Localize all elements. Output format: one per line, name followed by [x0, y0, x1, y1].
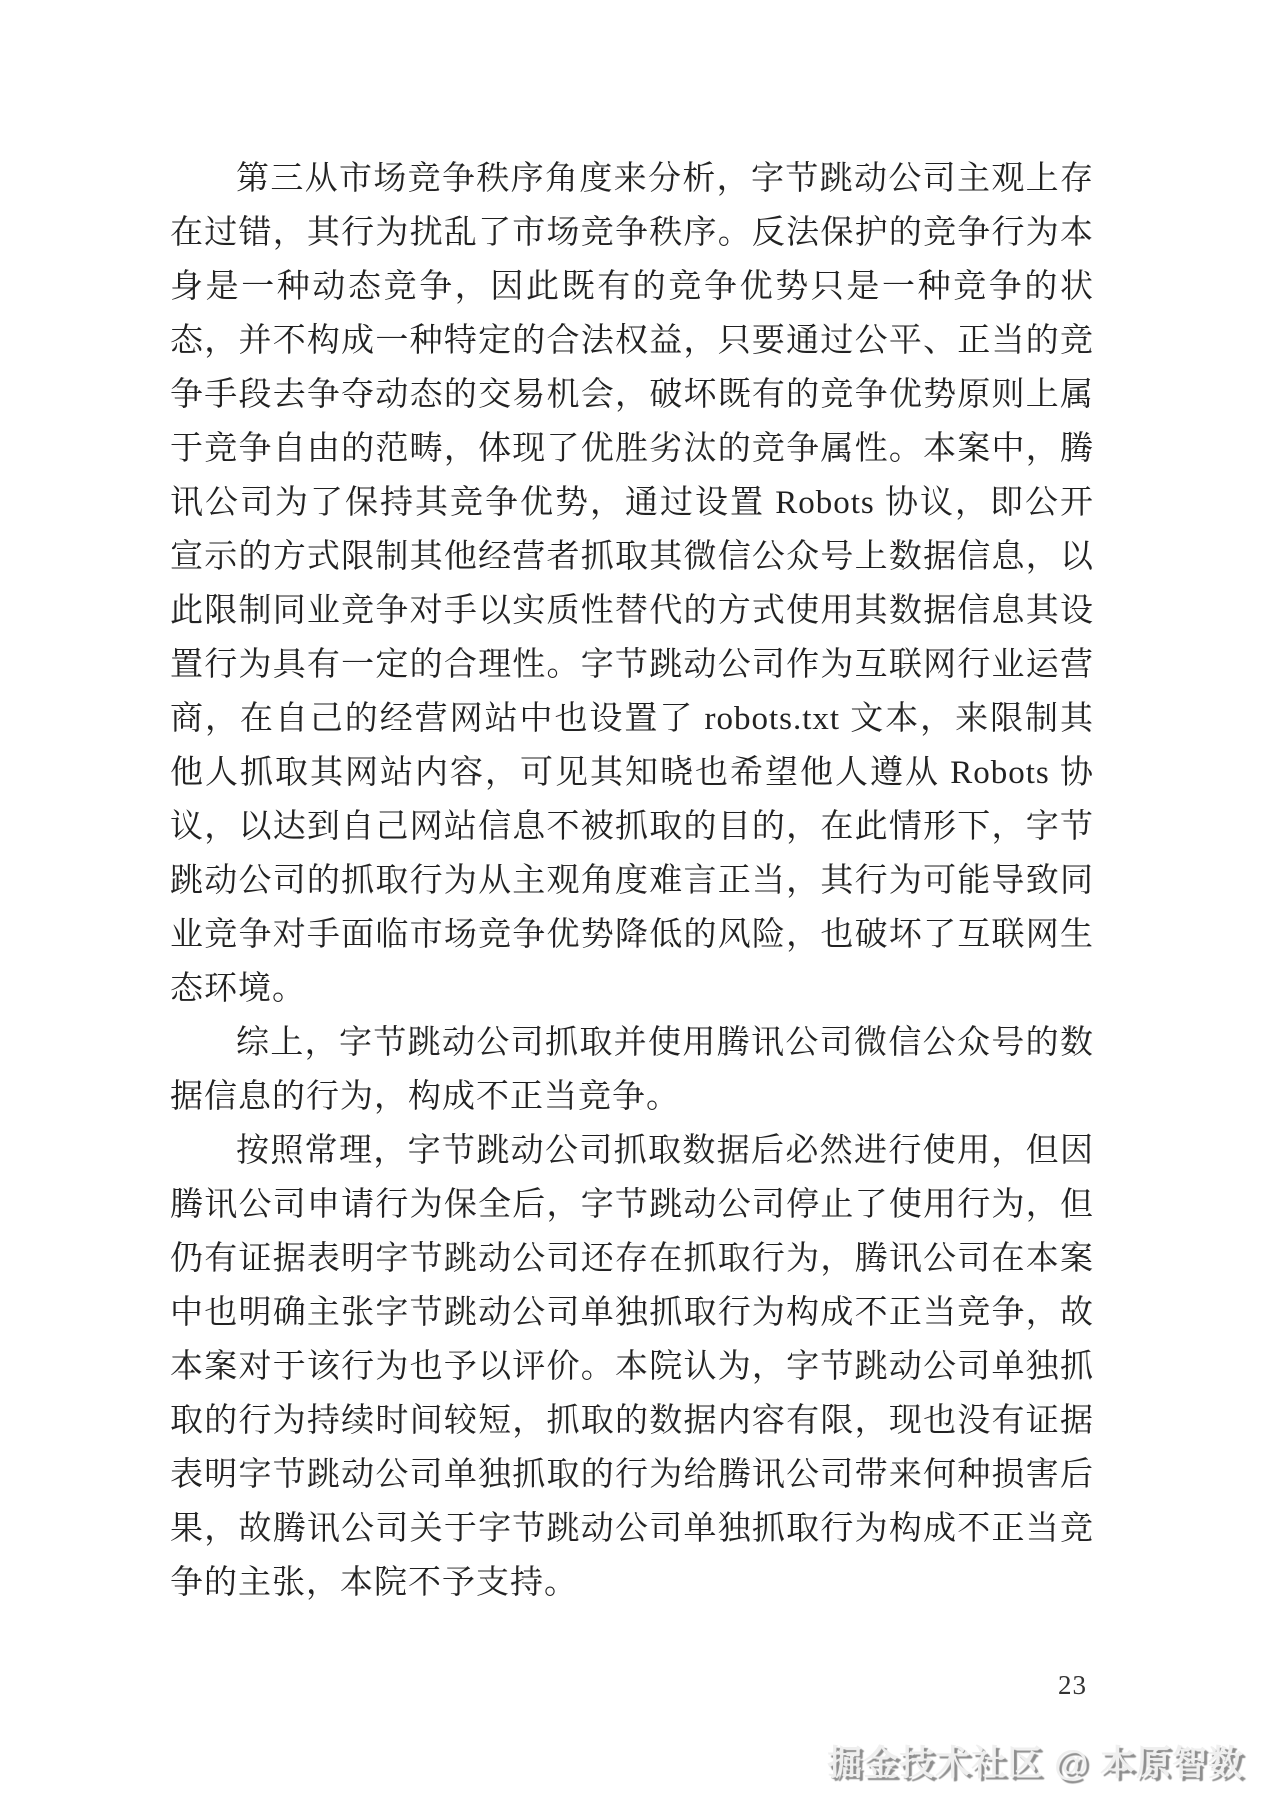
document-page: 第三从市场竞争秩序角度来分析，字节跳动公司主观上存在过错，其行为扰乱了市场竞争秩…	[0, 0, 1280, 1810]
paragraph: 第三从市场竞争秩序角度来分析，字节跳动公司主观上存在过错，其行为扰乱了市场竞争秩…	[170, 152, 1094, 1016]
watermark: 掘金技术社区 @ 本原智数	[827, 1736, 1244, 1786]
document-body: 第三从市场竞争秩序角度来分析，字节跳动公司主观上存在过错，其行为扰乱了市场竞争秩…	[170, 152, 1094, 1610]
paragraph: 按照常理，字节跳动公司抓取数据后必然进行使用，但因腾讯公司申请行为保全后，字节跳…	[170, 1124, 1094, 1610]
page-number: 23	[1058, 1670, 1087, 1701]
paragraph: 综上，字节跳动公司抓取并使用腾讯公司微信公众号的数据信息的行为，构成不正当竞争。	[170, 1016, 1094, 1124]
